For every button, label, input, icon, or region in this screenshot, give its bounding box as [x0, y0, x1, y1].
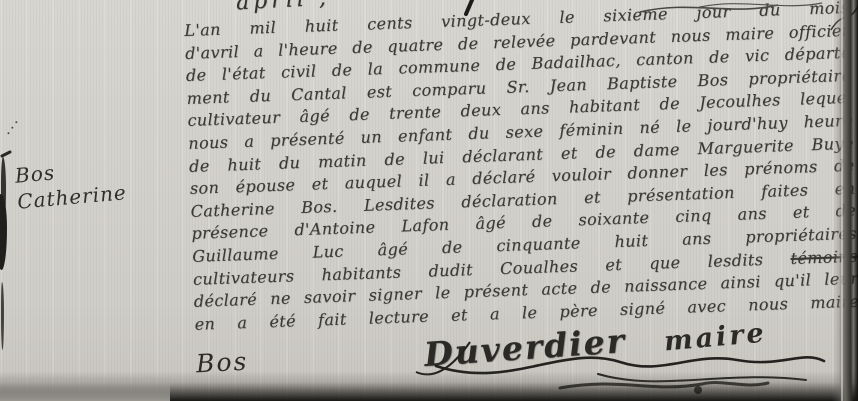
signature-duverdier: Duverdier [423, 321, 627, 374]
margin-dots-mark: ··· [0, 114, 26, 141]
page-bottom-left-lightening [0, 375, 170, 401]
margin-note: Bos Catherine [14, 153, 128, 214]
signature-maire-title: maire [663, 318, 768, 358]
act-body-text: L'an mil huit cents vingt-deux le sixiem… [184, 0, 858, 336]
register-page-scan: april , ··· Bos Catherine L'an mil huit … [0, 0, 858, 401]
book-gutter-shadow [832, 0, 858, 401]
previous-record-fragment: april , [235, 0, 330, 15]
left-edge-ink-smudge [0, 194, 7, 270]
